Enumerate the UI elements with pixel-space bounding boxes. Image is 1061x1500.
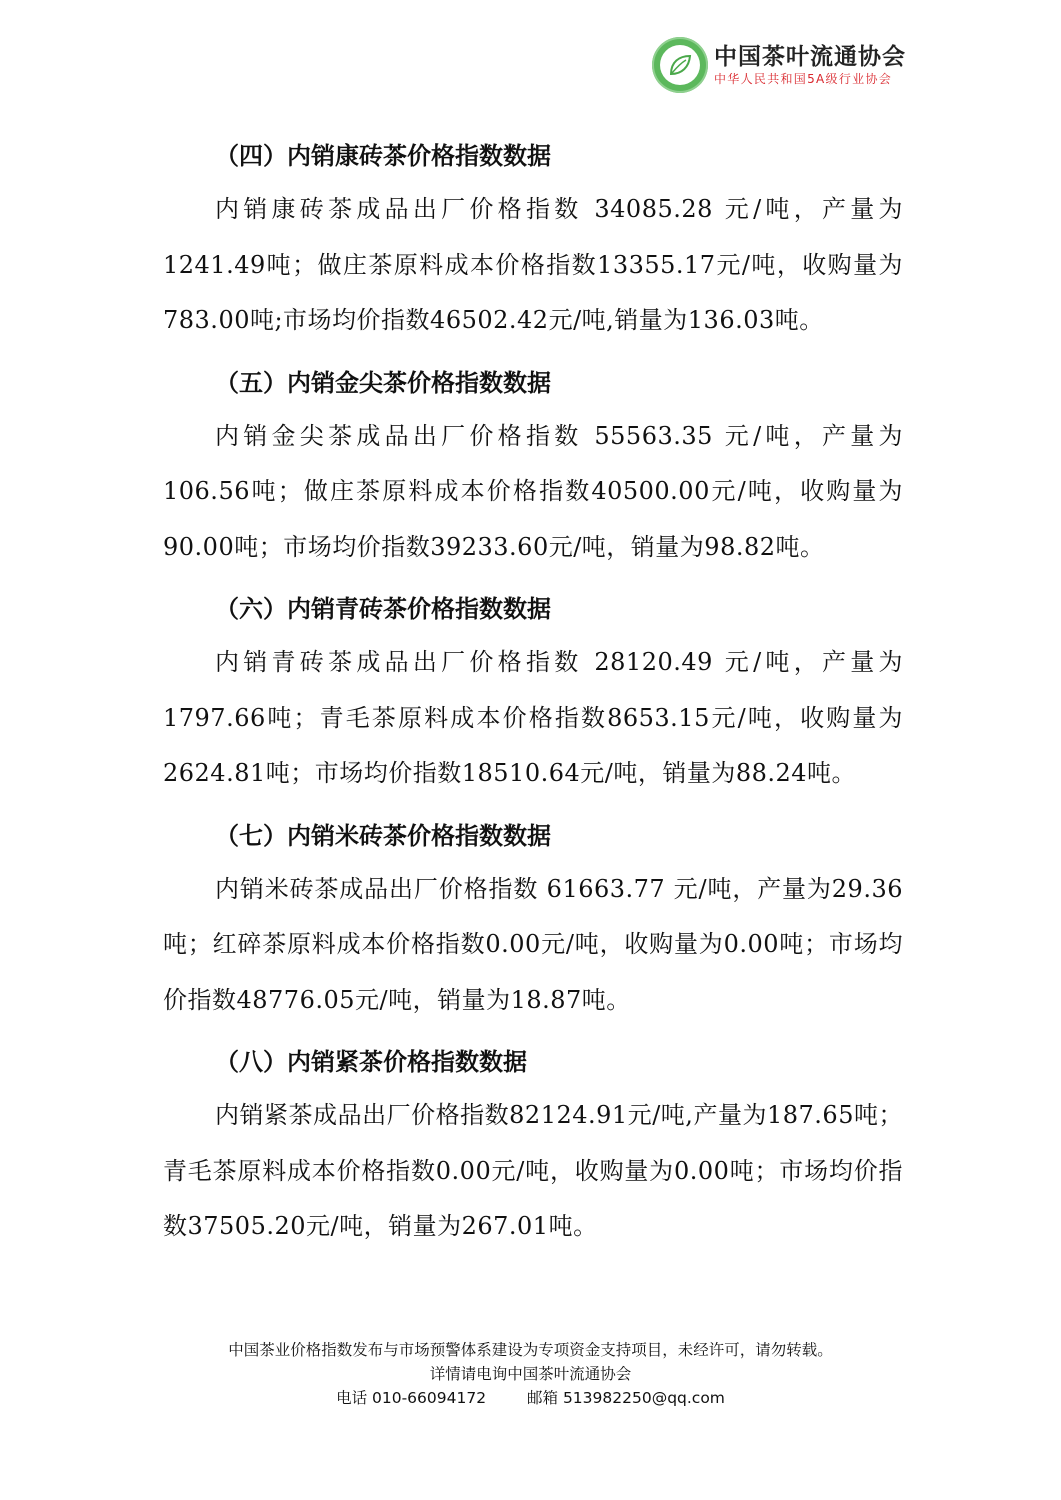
section-title: （五）内销金尖茶价格指数数据	[215, 365, 903, 401]
section-jinjian: （五）内销金尖茶价格指数数据 内销金尖茶成品出厂价格指数 55563.35 元/…	[163, 365, 903, 576]
section-paragraph: 内销米砖茶成品出厂价格指数 61663.77 元/吨，产量为29.36吨；红碎茶…	[163, 862, 903, 1029]
section-paragraph: 内销康砖茶成品出厂价格指数 34085.28 元/吨，产量为1241.49吨；做…	[163, 182, 903, 349]
section-kangzhuan: （四）内销康砖茶价格指数数据 内销康砖茶成品出厂价格指数 34085.28 元/…	[163, 138, 903, 349]
section-qingzhuan: （六）内销青砖茶价格指数数据 内销青砖茶成品出厂价格指数 28120.49 元/…	[163, 591, 903, 802]
section-jincha: （八）内销紧茶价格指数数据 内销紧茶成品出厂价格指数82124.91元/吨,产量…	[163, 1044, 903, 1255]
page-header: 中国茶叶流通协会 中华人民共和国5A级行业协会	[652, 37, 906, 93]
section-paragraph: 内销青砖茶成品出厂价格指数 28120.49 元/吨，产量为1797.66吨；青…	[163, 635, 903, 802]
section-title: （六）内销青砖茶价格指数数据	[215, 591, 903, 627]
tea-leaf-circle-icon	[652, 37, 708, 93]
footer-email: 邮箱 513982250@qq.com	[527, 1389, 725, 1407]
org-name: 中国茶叶流通协会	[714, 43, 906, 71]
document-body: （四）内销康砖茶价格指数数据 内销康砖茶成品出厂价格指数 34085.28 元/…	[163, 138, 903, 1271]
section-paragraph: 内销金尖茶成品出厂价格指数 55563.35 元/吨，产量为106.56吨；做庄…	[163, 409, 903, 576]
footer-phone: 电话 010-66094172	[336, 1389, 486, 1407]
section-title: （四）内销康砖茶价格指数数据	[215, 138, 903, 174]
page-footer: 中国茶业价格指数发布与市场预警体系建设为专项资金支持项目，未经许可，请勿转载。 …	[0, 1338, 1061, 1410]
org-subtitle: 中华人民共和国5A级行业协会	[714, 71, 906, 87]
section-title: （七）内销米砖茶价格指数数据	[215, 818, 903, 854]
footer-inquiry: 详情请电询中国茶叶流通协会	[0, 1362, 1061, 1386]
footer-notice: 中国茶业价格指数发布与市场预警体系建设为专项资金支持项目，未经许可，请勿转载。	[0, 1338, 1061, 1362]
footer-contact: 电话 010-66094172 邮箱 513982250@qq.com	[0, 1386, 1061, 1410]
section-mizhuan: （七）内销米砖茶价格指数数据 内销米砖茶成品出厂价格指数 61663.77 元/…	[163, 818, 903, 1029]
section-paragraph: 内销紧茶成品出厂价格指数82124.91元/吨,产量为187.65吨；青毛茶原料…	[163, 1088, 903, 1255]
section-title: （八）内销紧茶价格指数数据	[215, 1044, 903, 1080]
